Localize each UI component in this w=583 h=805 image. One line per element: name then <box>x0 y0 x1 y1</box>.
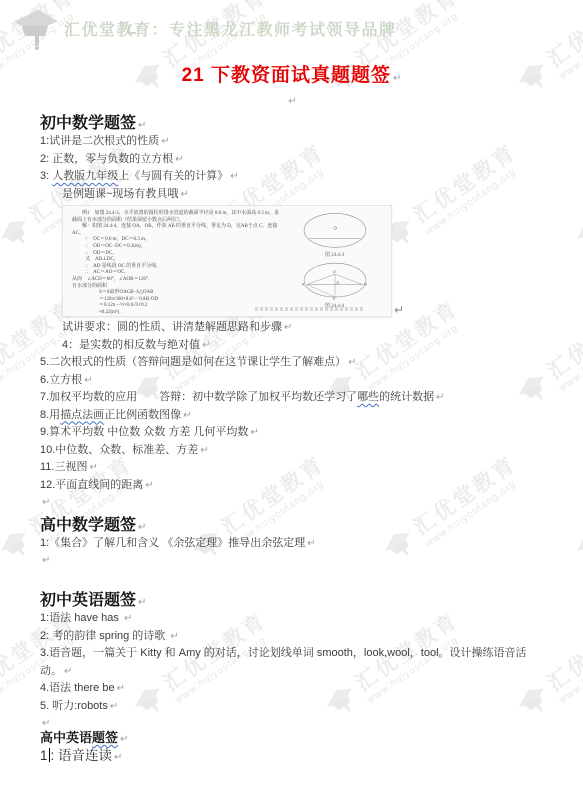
paragraph-mark: ↵ <box>230 171 238 182</box>
list-item: 1:《集合》了解几和含义 《余弦定理》推导出余弦定理↵ <box>0 535 583 553</box>
brand-text: 汇优堂教育：专注黑龙江教师考试领导品牌 <box>64 17 397 40</box>
list-item: 1:试讲是二次根式的性质↵ <box>0 133 583 151</box>
empty-paragraph: ↵ <box>0 494 583 512</box>
heading-text: 初中英语题签 <box>40 592 136 609</box>
list-item: 11.三视图↵ <box>0 459 583 477</box>
paragraph-mark: ↵ <box>284 322 292 333</box>
list-item: 2: 正数，零与负数的立方根↵ <box>0 151 583 169</box>
list-item: 12.平面直线间的距离↵ <box>0 477 583 495</box>
paragraph-mark: ↵ <box>175 154 183 165</box>
svg-text:B: B <box>364 283 367 287</box>
heading-text: 初中数学题签 <box>40 115 136 132</box>
circle-diagram-1: O <box>289 212 381 250</box>
list-item: 5.二次根式的性质（答辩问题是如何在这节课让学生了解难点）↵ <box>0 354 583 372</box>
heading-text: 高中英语 <box>40 730 92 745</box>
figure-caption: 图 24.4-3 <box>325 251 344 258</box>
document-page: 汇优堂教育www.huiyoutang.org汇优堂教育www.huiyouta… <box>0 0 583 805</box>
paragraph-mark: ↵ <box>170 631 178 642</box>
paragraph-mark: ↵ <box>138 597 146 608</box>
list-item: 6.立方根↵ <box>0 372 583 390</box>
empty-paragraph: ↵ <box>0 715 583 727</box>
paragraph-mark: ↵ <box>84 375 92 386</box>
list-item: 5. 听力:robots↵ <box>0 698 583 716</box>
paragraph-mark: ↵ <box>288 96 296 107</box>
list-item: 3: 人教版九年级上《与圆有关的计算》↵ <box>0 168 583 186</box>
paragraph-mark: ↵ <box>200 445 208 456</box>
paragraph-mark: ↵ <box>114 752 122 763</box>
text-cursor <box>49 748 50 762</box>
paragraph-mark: ↵ <box>183 410 191 421</box>
paragraph-mark: ↵ <box>120 734 128 745</box>
list-item: 1: 语音连读↵ <box>0 746 583 765</box>
title-row: 21 下教资面试真题题签↵ <box>0 62 583 90</box>
brand-header: 汇优堂教育：专注黑龙江教师考试领导品牌 <box>0 0 583 54</box>
figure-diagrams: O 图 24.4-3 O A B D C <box>282 211 387 312</box>
paragraph-mark: ↵ <box>348 357 356 368</box>
paragraph-mark: ↵ <box>202 340 210 351</box>
paragraph-mark: ↵ <box>394 303 404 317</box>
section-heading-english-junior: 初中英语题签↵ <box>0 587 583 610</box>
section-heading-math-senior: 高中数学题签↵ <box>0 512 583 535</box>
spellcheck-wavy-text: 人教版九年级 <box>52 170 118 182</box>
svg-text:O: O <box>332 270 335 274</box>
figure-row: 例1 如图 24.4-3，水平放置的圆柱形排水管道的截面半径是 0.6 m，其中… <box>0 205 583 317</box>
section-heading-english-senior: 高中英语题签↵ <box>0 727 583 746</box>
list-item: 4.语法 there be↵ <box>0 680 583 698</box>
empty-paragraph <box>0 570 583 588</box>
list-item: 9.算术平均数 中位数 众数 方差 几何平均数↵ <box>0 424 583 442</box>
paragraph-mark: ↵ <box>307 538 315 549</box>
list-item: 是例题课~现场有教具哦↵ <box>0 186 583 204</box>
paragraph-mark: ↵ <box>393 73 401 84</box>
paragraph-mark: ↵ <box>89 462 97 473</box>
paragraph-mark: ↵ <box>124 613 132 624</box>
paragraph-mark: ↵ <box>42 555 50 566</box>
spellcheck-wavy-text: 题签 <box>92 730 118 745</box>
svg-text:D: D <box>336 281 339 285</box>
paragraph-mark: ↵ <box>64 666 72 677</box>
paragraph-mark: ↵ <box>180 189 188 200</box>
section-heading-math-junior: 初中数学题签↵ <box>0 110 583 133</box>
list-item: 3.语音题，一篇关于 Kitty 和 Amy 的对话，讨论划线单词 smooth… <box>0 645 583 663</box>
graduation-cap-icon <box>12 6 60 52</box>
heading-text: 高中数学题签 <box>40 517 136 534</box>
list-item: 8.用描点法画正比例函数图像↵ <box>0 407 583 425</box>
paragraph-mark: ↵ <box>145 480 153 491</box>
paragraph-mark: ↵ <box>117 683 125 694</box>
empty-paragraph: ↵ <box>0 90 583 110</box>
math-example-image: 例1 如图 24.4-3，水平放置的圆柱形排水管道的截面半径是 0.6 m，其中… <box>62 205 392 317</box>
paragraph-mark: ↵ <box>161 136 169 147</box>
figure-text-block: 例1 如图 24.4-3，水平放置的圆柱形排水管道的截面半径是 0.6 m，其中… <box>72 211 282 312</box>
list-item: 7.加权平均数的应用 答辩：初中数学除了加权平均数还学习了哪些的统计数据↵ <box>0 389 583 407</box>
list-item: 试讲要求：圆的性质、讲清楚解题思路和步骤↵ <box>0 319 583 337</box>
paragraph-mark: ↵ <box>138 522 146 533</box>
empty-paragraph: ↵ <box>0 552 583 570</box>
page-title: 21 下教资面试真题题签 <box>182 65 391 86</box>
list-item: 2: 考的韵律 spring 的诗歌 ↵ <box>0 628 583 646</box>
paragraph-mark: ↵ <box>250 427 258 438</box>
spellcheck-wavy-text: 哪些 <box>357 391 379 403</box>
paragraph-mark: ↵ <box>138 120 146 131</box>
circle-diagram-2: O A B D C <box>289 261 381 301</box>
svg-text:C: C <box>332 297 335 301</box>
figure-watermark-smudge <box>255 307 365 311</box>
list-item: 动。↵ <box>0 663 583 681</box>
list-item: 1:语法 have has ↵ <box>0 610 583 628</box>
list-item: 10.中位数、众数、标准差、方差↵ <box>0 442 583 460</box>
paragraph-mark: ↵ <box>42 497 50 508</box>
spellcheck-wavy-text: 描点法画 <box>60 409 104 421</box>
paragraph-mark: ↵ <box>110 701 118 712</box>
svg-text:O: O <box>333 226 337 231</box>
paragraph-mark: ↵ <box>436 392 444 403</box>
list-item: 4：是实数的相反数与绝对值↵ <box>0 337 583 355</box>
